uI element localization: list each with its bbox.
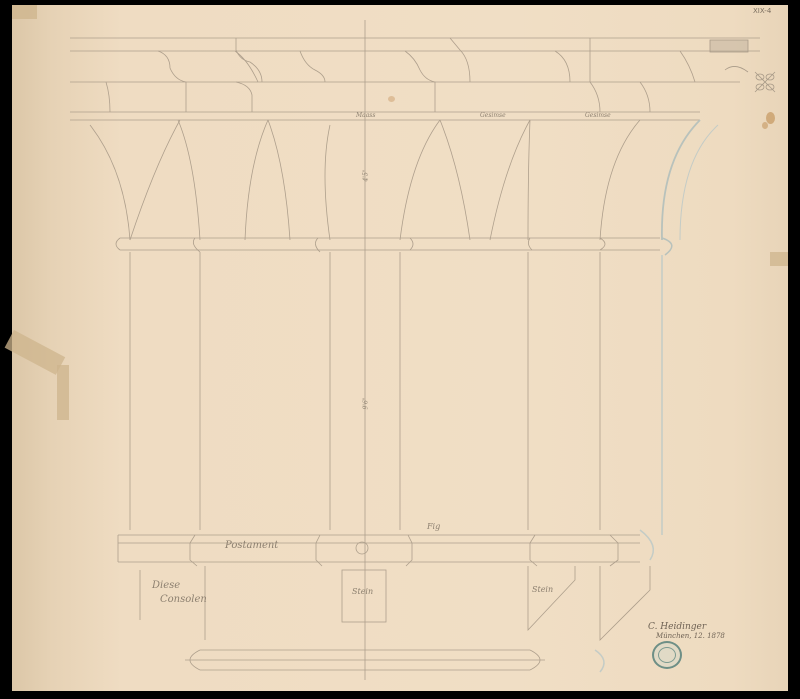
collection-stamp	[652, 641, 682, 669]
left-base-note-2: Consolen	[160, 594, 207, 605]
top-small-label: Maass	[356, 112, 375, 119]
top-dim-label-1: Gesimse	[480, 112, 506, 119]
top-dim-label-2: Gesimse	[585, 112, 611, 119]
left-base-note-1: Diese	[152, 580, 180, 591]
right-stone-label: Stein	[532, 585, 553, 594]
signature-date: München, 12. 1878	[656, 632, 725, 640]
vertical-dim-lower: 9'6"	[363, 397, 370, 409]
architectural-elevation	[0, 0, 800, 699]
vertical-dim-upper: 4'5"	[363, 169, 370, 181]
stamp-inner-ring	[658, 647, 676, 663]
plinth-mark: Fig	[427, 522, 440, 531]
sheet-number: XIX-4	[753, 7, 771, 15]
center-stone-label: Stein	[352, 587, 373, 596]
signature: C. Heidinger	[648, 622, 706, 632]
pedestal-label: Postament	[225, 540, 278, 551]
